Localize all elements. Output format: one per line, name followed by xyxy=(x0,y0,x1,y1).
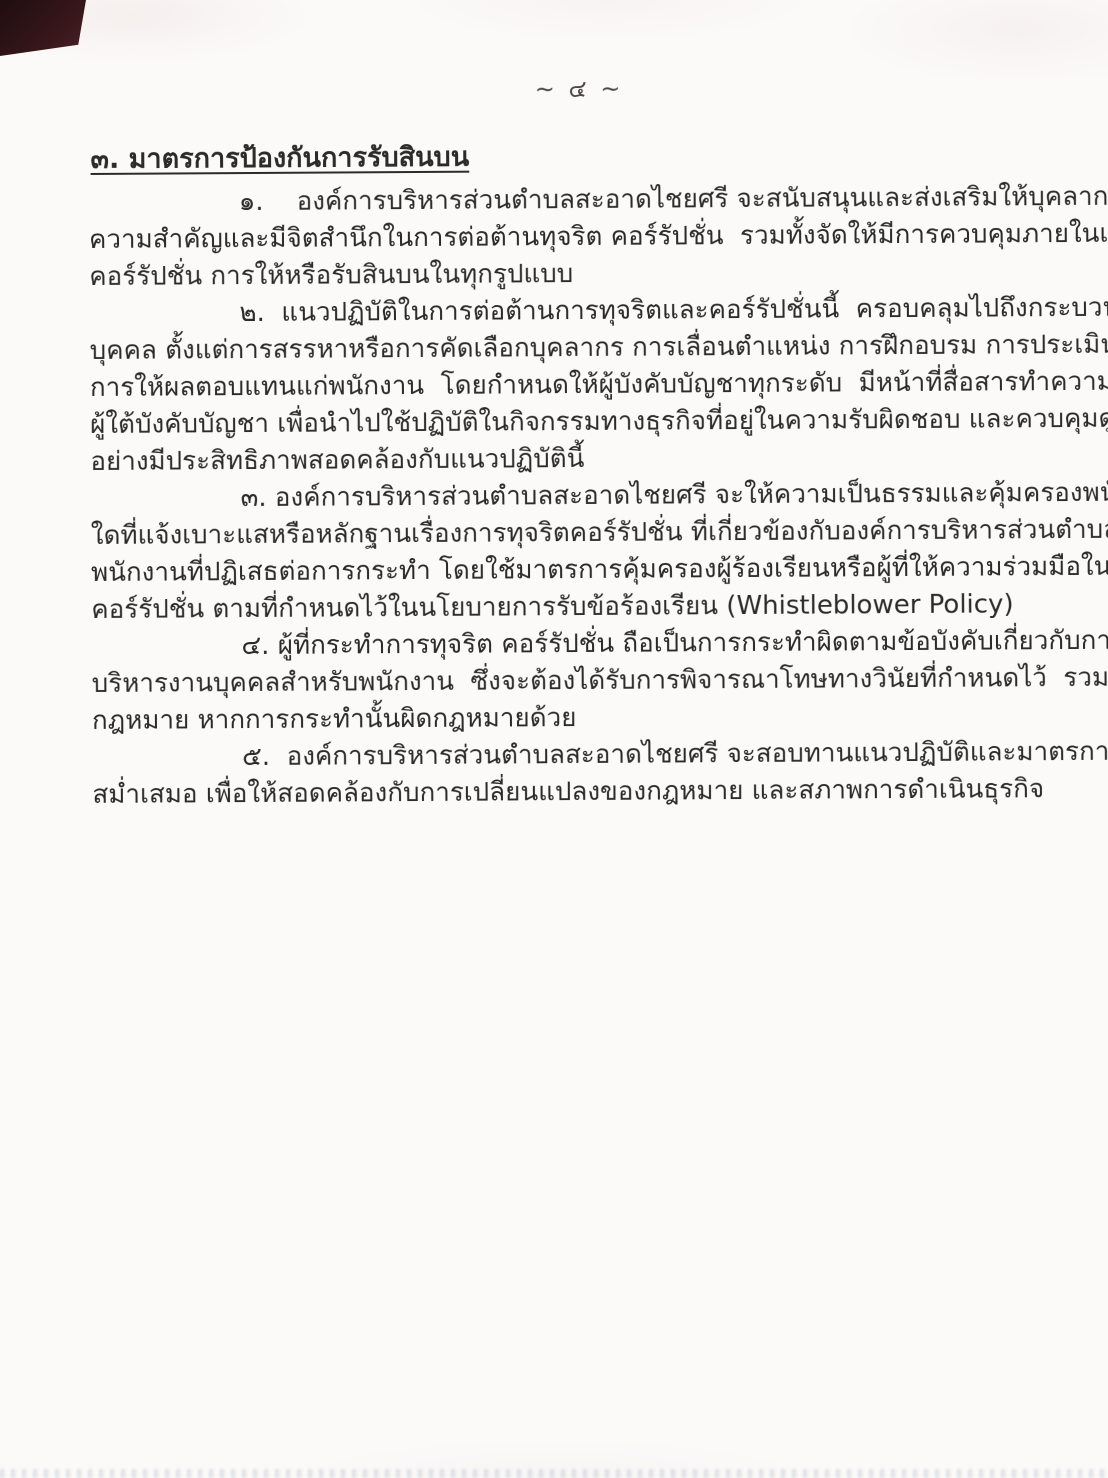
text-line: คอร์รัปชั่น การให้หรือรับสินบนในทุกรูปแบ… xyxy=(89,253,1071,296)
text-line: ๑. องค์การบริหารส่วนตำบลสะอาดไชยศรี จะสน… xyxy=(89,179,1071,222)
text-line: กฎหมาย หากการกระทำนั้นผิดกฎหมายด้วย xyxy=(92,697,1074,740)
text-line: ความสำคัญและมีจิตสำนึกในการต่อต้านทุจริต… xyxy=(89,216,1071,259)
text-line: บุคคล ตั้งแต่การสรรหาหรือการคัดเลือกบุคล… xyxy=(90,327,1072,370)
paragraph-4: ๔. ผู้ที่กระทำการทุจริต คอร์รัปชั่น ถือเ… xyxy=(91,623,1074,740)
text-line: บริหารงานบุคคลสำหรับพนักงาน ซึ่งจะต้องได… xyxy=(92,660,1074,703)
paragraph-2: ๒. แนวปฏิบัติในการต่อต้านการทุจริตและคอร… xyxy=(89,290,1072,481)
text-line: ๒. แนวปฏิบัติในการต่อต้านการทุจริตและคอร… xyxy=(89,290,1071,333)
text-line: ๓. องค์การบริหารส่วนตำบลสะอาดไชยศรี จะให… xyxy=(90,475,1072,518)
paragraph-5: ๕. องค์การบริหารส่วนตำบลสะอาดไชยศรี จะสอ… xyxy=(92,734,1074,814)
text-line: ๔. ผู้ที่กระทำการทุจริต คอร์รัปชั่น ถือเ… xyxy=(91,623,1073,666)
scanned-document-page: { "document": { "page_number": "~ ๔ ~", … xyxy=(0,0,1108,1478)
section-heading: ๓. มาตรการป้องกันการรับสินบน xyxy=(90,135,1070,178)
text-line: สม่ำเสมอ เพื่อให้สอดคล้องกับการเปลี่ยนแป… xyxy=(92,771,1074,814)
text-line: ๕. องค์การบริหารส่วนตำบลสะอาดไชยศรี จะสอ… xyxy=(92,734,1074,777)
paragraph-3: ๓. องค์การบริหารส่วนตำบลสะอาดไชยศรี จะให… xyxy=(90,475,1073,629)
paragraph-1: ๑. องค์การบริหารส่วนตำบลสะอาดไชยศรี จะสน… xyxy=(89,179,1072,296)
page-bleed-through-artifact xyxy=(0,1469,1108,1478)
page-number: ~ ๔ ~ xyxy=(88,68,1070,111)
text-line: คอร์รัปชั่น ตามที่กำหนดไว้ในนโยบายการรับ… xyxy=(91,586,1073,629)
text-line: พนักงานที่ปฏิเสธต่อการกระทำ โดยใช้มาตรกา… xyxy=(91,549,1073,592)
text-line: ผู้ใต้บังคับบัญชา เพื่อนำไปใช้ปฏิบัติในก… xyxy=(90,401,1072,444)
scan-corner-artifact xyxy=(0,0,86,56)
text-line: อย่างมีประสิทธิภาพสอดคล้องกับแนวปฏิบัติน… xyxy=(90,438,1072,481)
text-line: การให้ผลตอบแทนแก่พนักงาน โดยกำหนดให้ผู้บ… xyxy=(90,364,1072,407)
document-body: ~ ๔ ~ ๓. มาตรการป้องกันการรับสินบน ๑. อง… xyxy=(88,68,1075,814)
text-line: ใดที่แจ้งเบาะแสหรือหลักฐานเรื่องการทุจริ… xyxy=(91,512,1073,555)
